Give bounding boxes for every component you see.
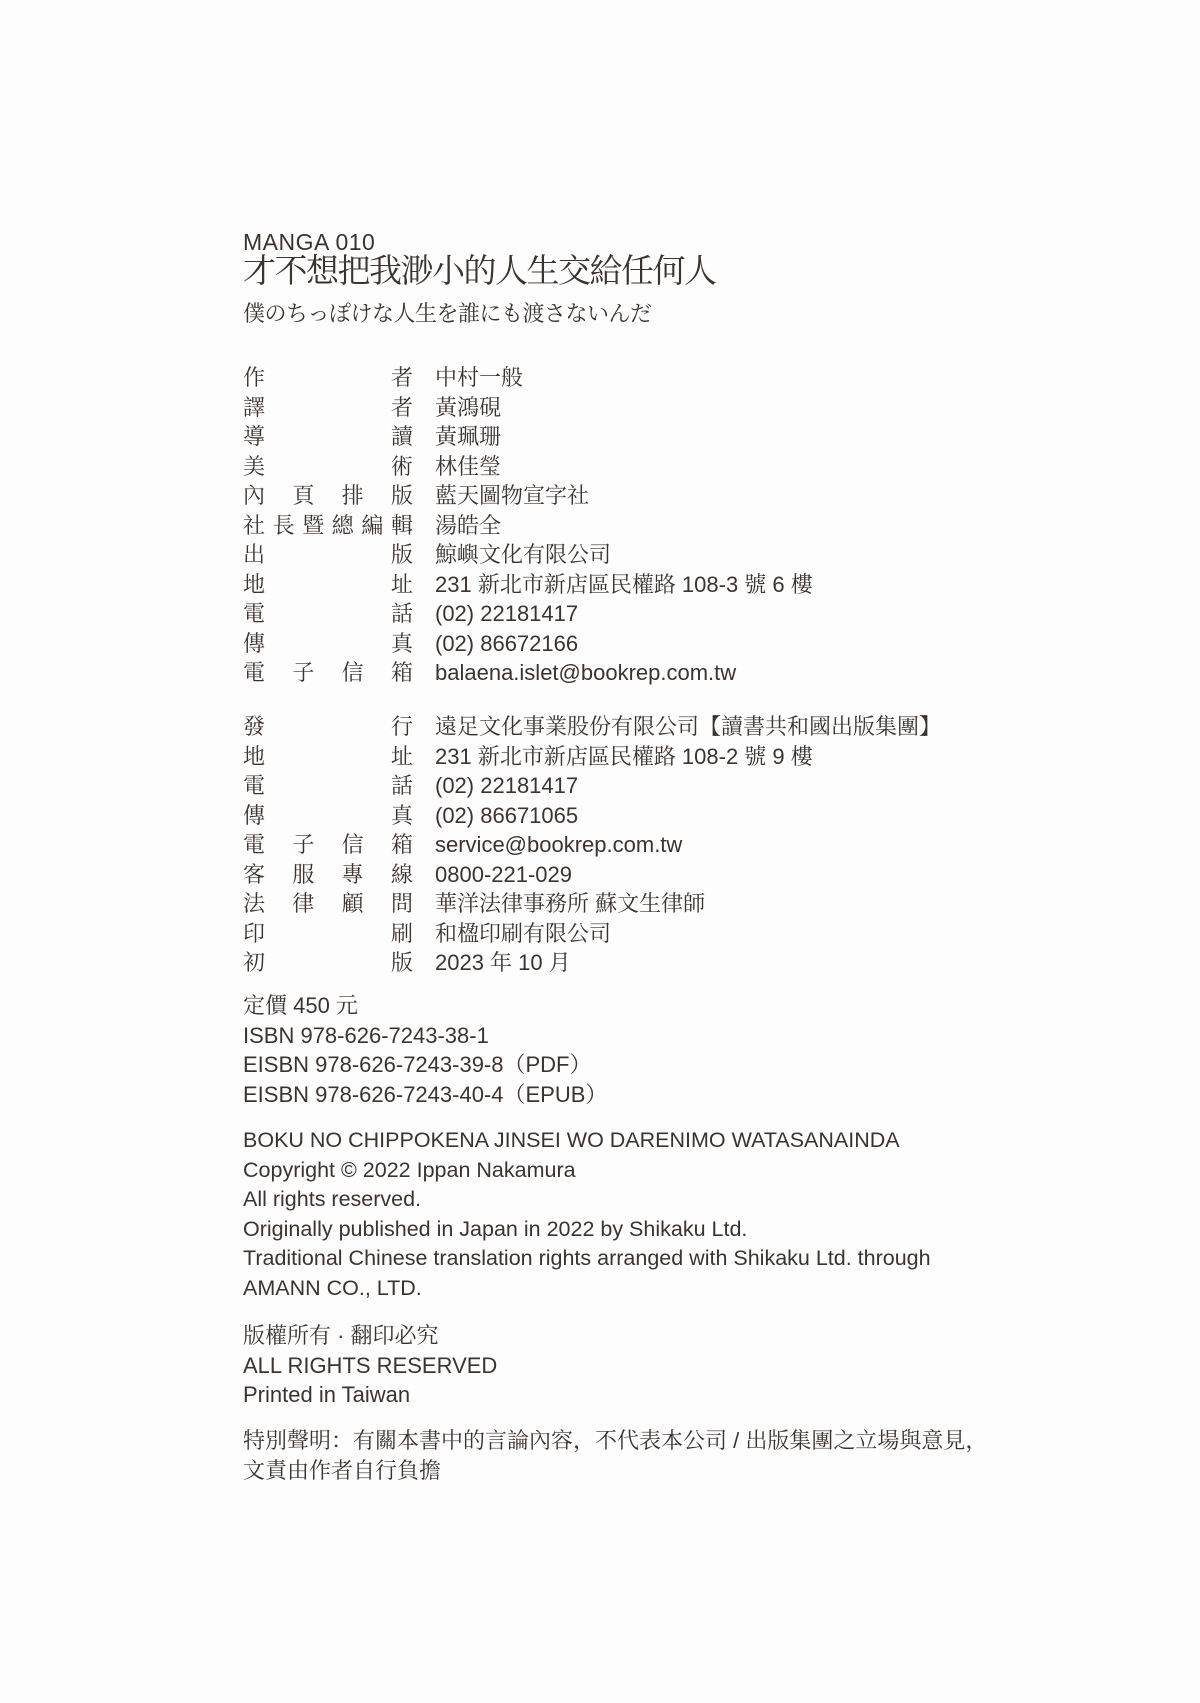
info-value: (02) 86671065: [435, 803, 578, 828]
info-value: 231 新北市新店區民權路 108-2 號 9 樓: [435, 744, 813, 769]
info-label: 初版: [243, 948, 413, 978]
colophon-page: MANGA 010 才不想把我渺小的人生交給任何人 僕のちっぽけな人生を誰にも渡…: [0, 0, 1200, 1703]
info-row-phone: 電話(02) 22181417: [243, 771, 941, 801]
copyright-english-block: BOKU NO CHIPPOKENA JINSEI WO DARENIMO WA…: [243, 1126, 931, 1303]
info-value: 231 新北市新店區民權路 108-3 號 6 樓: [435, 572, 813, 597]
price-line: 定價 450 元: [243, 991, 607, 1021]
info-label: 美術: [243, 452, 413, 482]
rights-en-line: ALL RIGHTS RESERVED: [243, 1351, 497, 1381]
info-row-distributor: 發行遠足文化事業股份有限公司【讀書共和國出版集團】: [243, 712, 941, 742]
book-title-japanese: 僕のちっぽけな人生を誰にも渡さないんだ: [243, 299, 652, 329]
pricing-block: 定價 450 元 ISBN 978-626-7243-38-1 EISBN 97…: [243, 991, 607, 1109]
info-row-author: 作者中村一般: [243, 363, 813, 393]
info-row-printer: 印刷和楹印刷有限公司: [243, 919, 941, 949]
info-label: 電子信箱: [243, 658, 413, 688]
info-label: 法律顧問: [243, 889, 413, 919]
info-row-chief-editor: 社長暨總編輯湯皓全: [243, 511, 813, 541]
disclaimer-line-2: 文責由作者自行負擔: [243, 1456, 987, 1486]
rights-zh-line: 版權所有 · 翻印必究: [243, 1321, 497, 1351]
info-row-phone: 電話(02) 22181417: [243, 599, 813, 629]
info-row-email: 電子信箱service@bookrep.com.tw: [243, 830, 941, 860]
info-value: 藍天圖物宣字社: [435, 483, 589, 508]
info-label: 導讀: [243, 422, 413, 452]
info-value: balaena.islet@bookrep.com.tw: [435, 660, 736, 685]
info-value: (02) 22181417: [435, 773, 578, 798]
info-label: 傳真: [243, 801, 413, 831]
info-row-email: 電子信箱balaena.islet@bookrep.com.tw: [243, 658, 813, 688]
eisbn-epub-line: EISBN 978-626-7243-40-4（EPUB）: [243, 1080, 607, 1110]
info-value: service@bookrep.com.tw: [435, 832, 682, 857]
info-label: 電話: [243, 599, 413, 629]
eisbn-pdf-line: EISBN 978-626-7243-39-8（PDF）: [243, 1050, 607, 1080]
info-row-address: 地址231 新北市新店區民權路 108-3 號 6 樓: [243, 570, 813, 600]
info-value: (02) 22181417: [435, 601, 578, 626]
all-rights-line: All rights reserved.: [243, 1185, 931, 1215]
info-label: 地址: [243, 570, 413, 600]
info-label: 譯者: [243, 393, 413, 423]
info-value: 華洋法律事務所 蘇文生律師: [435, 891, 705, 916]
info-label: 社長暨總編輯: [243, 511, 413, 541]
info-label: 出版: [243, 540, 413, 570]
info-label: 作者: [243, 363, 413, 393]
info-value: 湯皓全: [435, 513, 501, 538]
disclaimer-line-1: 特別聲明：有關本書中的言論內容，不代表本公司 / 出版集團之立場與意見，: [243, 1426, 987, 1456]
info-label: 印刷: [243, 919, 413, 949]
distributor-info-list: 發行遠足文化事業股份有限公司【讀書共和國出版集團】 地址231 新北市新店區民權…: [243, 712, 941, 978]
info-label: 地址: [243, 742, 413, 772]
rights-reserved-block: 版權所有 · 翻印必究 ALL RIGHTS RESERVED Printed …: [243, 1321, 497, 1410]
info-row-first-edition: 初版2023 年 10 月: [243, 948, 941, 978]
info-row-publisher: 出版鯨嶼文化有限公司: [243, 540, 813, 570]
info-label: 電子信箱: [243, 830, 413, 860]
info-row-art: 美術林佳瑩: [243, 452, 813, 482]
publisher-info-list: 作者中村一般 譯者黃鴻硯 導讀黃珮珊 美術林佳瑩 內頁排版藍天圖物宣字社 社長暨…: [243, 363, 813, 688]
romaji-title-line: BOKU NO CHIPPOKENA JINSEI WO DARENIMO WA…: [243, 1126, 931, 1156]
info-value: 0800-221-029: [435, 862, 572, 887]
info-label: 內頁排版: [243, 481, 413, 511]
info-value: 林佳瑩: [435, 454, 501, 479]
info-value: 鯨嶼文化有限公司: [435, 542, 611, 567]
info-label: 傳真: [243, 629, 413, 659]
info-label: 發行: [243, 712, 413, 742]
info-row-service-line: 客服專線0800-221-029: [243, 860, 941, 890]
info-row-fax: 傳真(02) 86671065: [243, 801, 941, 831]
info-row-address: 地址231 新北市新店區民權路 108-2 號 9 樓: [243, 742, 941, 772]
info-value: 黃鴻硯: [435, 395, 501, 420]
isbn-line: ISBN 978-626-7243-38-1: [243, 1021, 607, 1051]
info-value: 2023 年 10 月: [435, 950, 571, 975]
info-row-translator: 譯者黃鴻硯: [243, 393, 813, 423]
copyright-line: Copyright © 2022 Ippan Nakamura: [243, 1156, 931, 1186]
info-label: 電話: [243, 771, 413, 801]
disclaimer-block: 特別聲明：有關本書中的言論內容，不代表本公司 / 出版集團之立場與意見， 文責由…: [243, 1426, 987, 1486]
info-row-fax: 傳真(02) 86672166: [243, 629, 813, 659]
info-row-guide: 導讀黃珮珊: [243, 422, 813, 452]
info-value: 遠足文化事業股份有限公司【讀書共和國出版集團】: [435, 714, 941, 739]
arrangement-line-2: AMANN CO., LTD.: [243, 1274, 931, 1304]
info-row-legal-counsel: 法律顧問華洋法律事務所 蘇文生律師: [243, 889, 941, 919]
info-value: (02) 86672166: [435, 631, 578, 656]
info-label: 客服專線: [243, 860, 413, 890]
arrangement-line-1: Traditional Chinese translation rights a…: [243, 1244, 931, 1274]
printed-in-taiwan-line: Printed in Taiwan: [243, 1380, 497, 1410]
info-value: 黃珮珊: [435, 424, 501, 449]
book-title-chinese: 才不想把我渺小的人生交給任何人: [243, 252, 716, 292]
info-value: 中村一般: [435, 365, 523, 390]
original-publication-line: Originally published in Japan in 2022 by…: [243, 1215, 931, 1245]
info-row-layout: 內頁排版藍天圖物宣字社: [243, 481, 813, 511]
info-value: 和楹印刷有限公司: [435, 921, 611, 946]
